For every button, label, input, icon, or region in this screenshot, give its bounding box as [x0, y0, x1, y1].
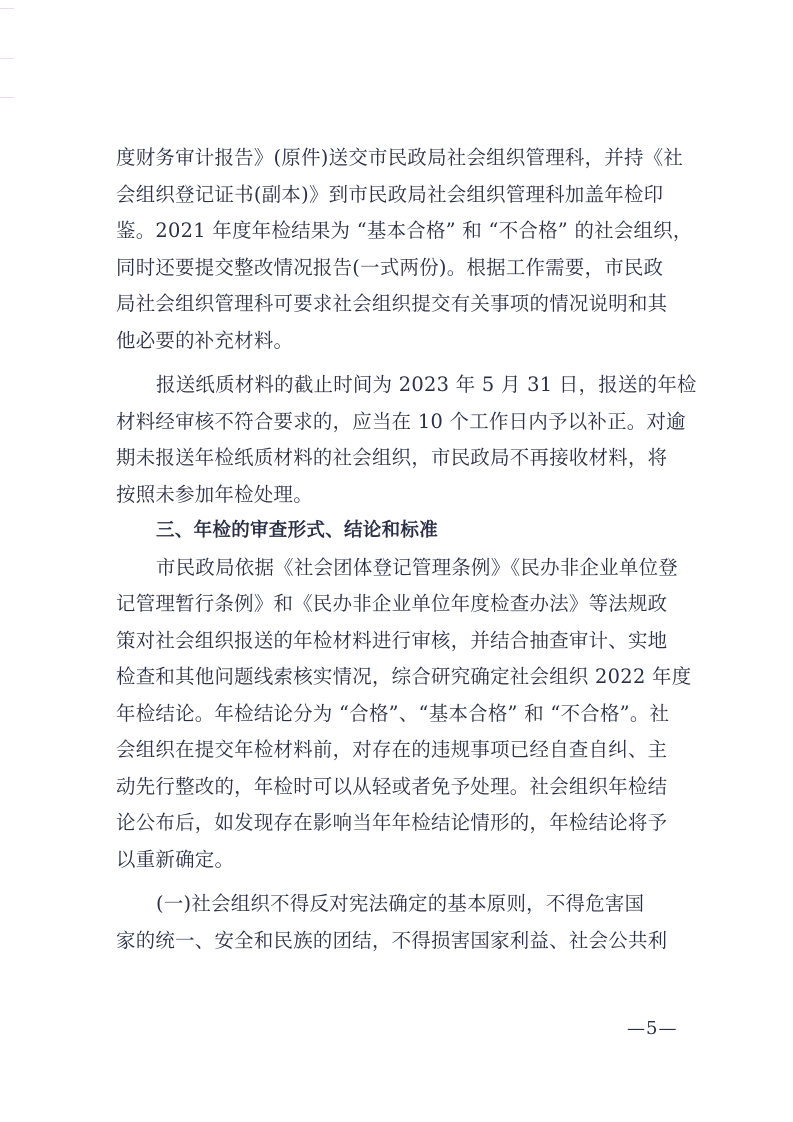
text-line: 材料经审核不符合要求的，应当在 10 个工作日内予以补正。对逾 [116, 404, 681, 441]
text-line: 局社会组织管理科可要求社会组织提交有关事项的情况说明和其 [116, 286, 681, 323]
page-body: 度财务审计报告》(原件)送交市民政局社会组织管理科，并持《社 会组织登记证书(副… [116, 140, 681, 959]
page-number: —5— [627, 1018, 677, 1039]
text-line: 检查和其他问题线索核实情况，综合研究确定社会组织 2022 年度 [116, 659, 681, 696]
text-line: 他必要的补充材料。 [116, 323, 681, 360]
paragraph-item-one: (一)社会组织不得反对宪法确定的基本原则，不得危害国 家的统一、安全和民族的团结… [116, 886, 681, 959]
text-line: 记管理暂行条例》和《民办非企业单位年度检查办法》等法规政 [116, 586, 681, 623]
text-line: 家的统一、安全和民族的团结，不得损害国家利益、社会公共利 [116, 923, 681, 960]
paragraph-deadline: 报送纸质材料的截止时间为 2023 年 5 月 31 日，报送的年检 材料经审核… [116, 367, 681, 513]
text-line: 市民政局依据《社会团体登记管理条例》《民办非企业单位登 [116, 550, 681, 587]
section-heading: 三、年检的审查形式、结论和标准 [116, 513, 681, 550]
edge-mark [0, 58, 14, 59]
paragraph-review: 市民政局依据《社会团体登记管理条例》《民办非企业单位登 记管理暂行条例》和《民办… [116, 550, 681, 879]
text-line: 动先行整改的，年检时可以从轻或者免予处理。社会组织年检结 [116, 769, 681, 806]
text-line: 鉴。2021 年度年检结果为 “基本合格” 和 “不合格” 的社会组织， [116, 213, 681, 250]
text-line: 年检结论。年检结论分为 “合格”、“基本合格” 和 “不合格”。社 [116, 696, 681, 733]
text-line: 会组织登记证书(副本)》到市民政局社会组织管理科加盖年检印 [116, 177, 681, 214]
text-line: 报送纸质材料的截止时间为 2023 年 5 月 31 日，报送的年检 [116, 367, 681, 404]
edge-mark [0, 8, 14, 9]
text-line: 同时还要提交整改情况报告(一式两份)。根据工作需要，市民政 [116, 250, 681, 287]
text-line: 会组织在提交年检材料前，对存在的违规事项已经自查自纠、主 [116, 732, 681, 769]
text-line: 度财务审计报告》(原件)送交市民政局社会组织管理科，并持《社 [116, 140, 681, 177]
text-line: 以重新确定。 [116, 842, 681, 879]
text-line: 期未报送年检纸质材料的社会组织，市民政局不再接收材料，将 [116, 440, 681, 477]
text-line: 策对社会组织报送的年检材料进行审核，并结合抽查审计、实地 [116, 623, 681, 660]
text-line: 论公布后，如发现存在影响当年年检结论情形的，年检结论将予 [116, 805, 681, 842]
text-line: 按照未参加年检处理。 [116, 477, 681, 514]
text-line: (一)社会组织不得反对宪法确定的基本原则，不得危害国 [116, 886, 681, 923]
edge-mark [0, 97, 14, 98]
paragraph-continuation: 度财务审计报告》(原件)送交市民政局社会组织管理科，并持《社 会组织登记证书(副… [116, 140, 681, 359]
